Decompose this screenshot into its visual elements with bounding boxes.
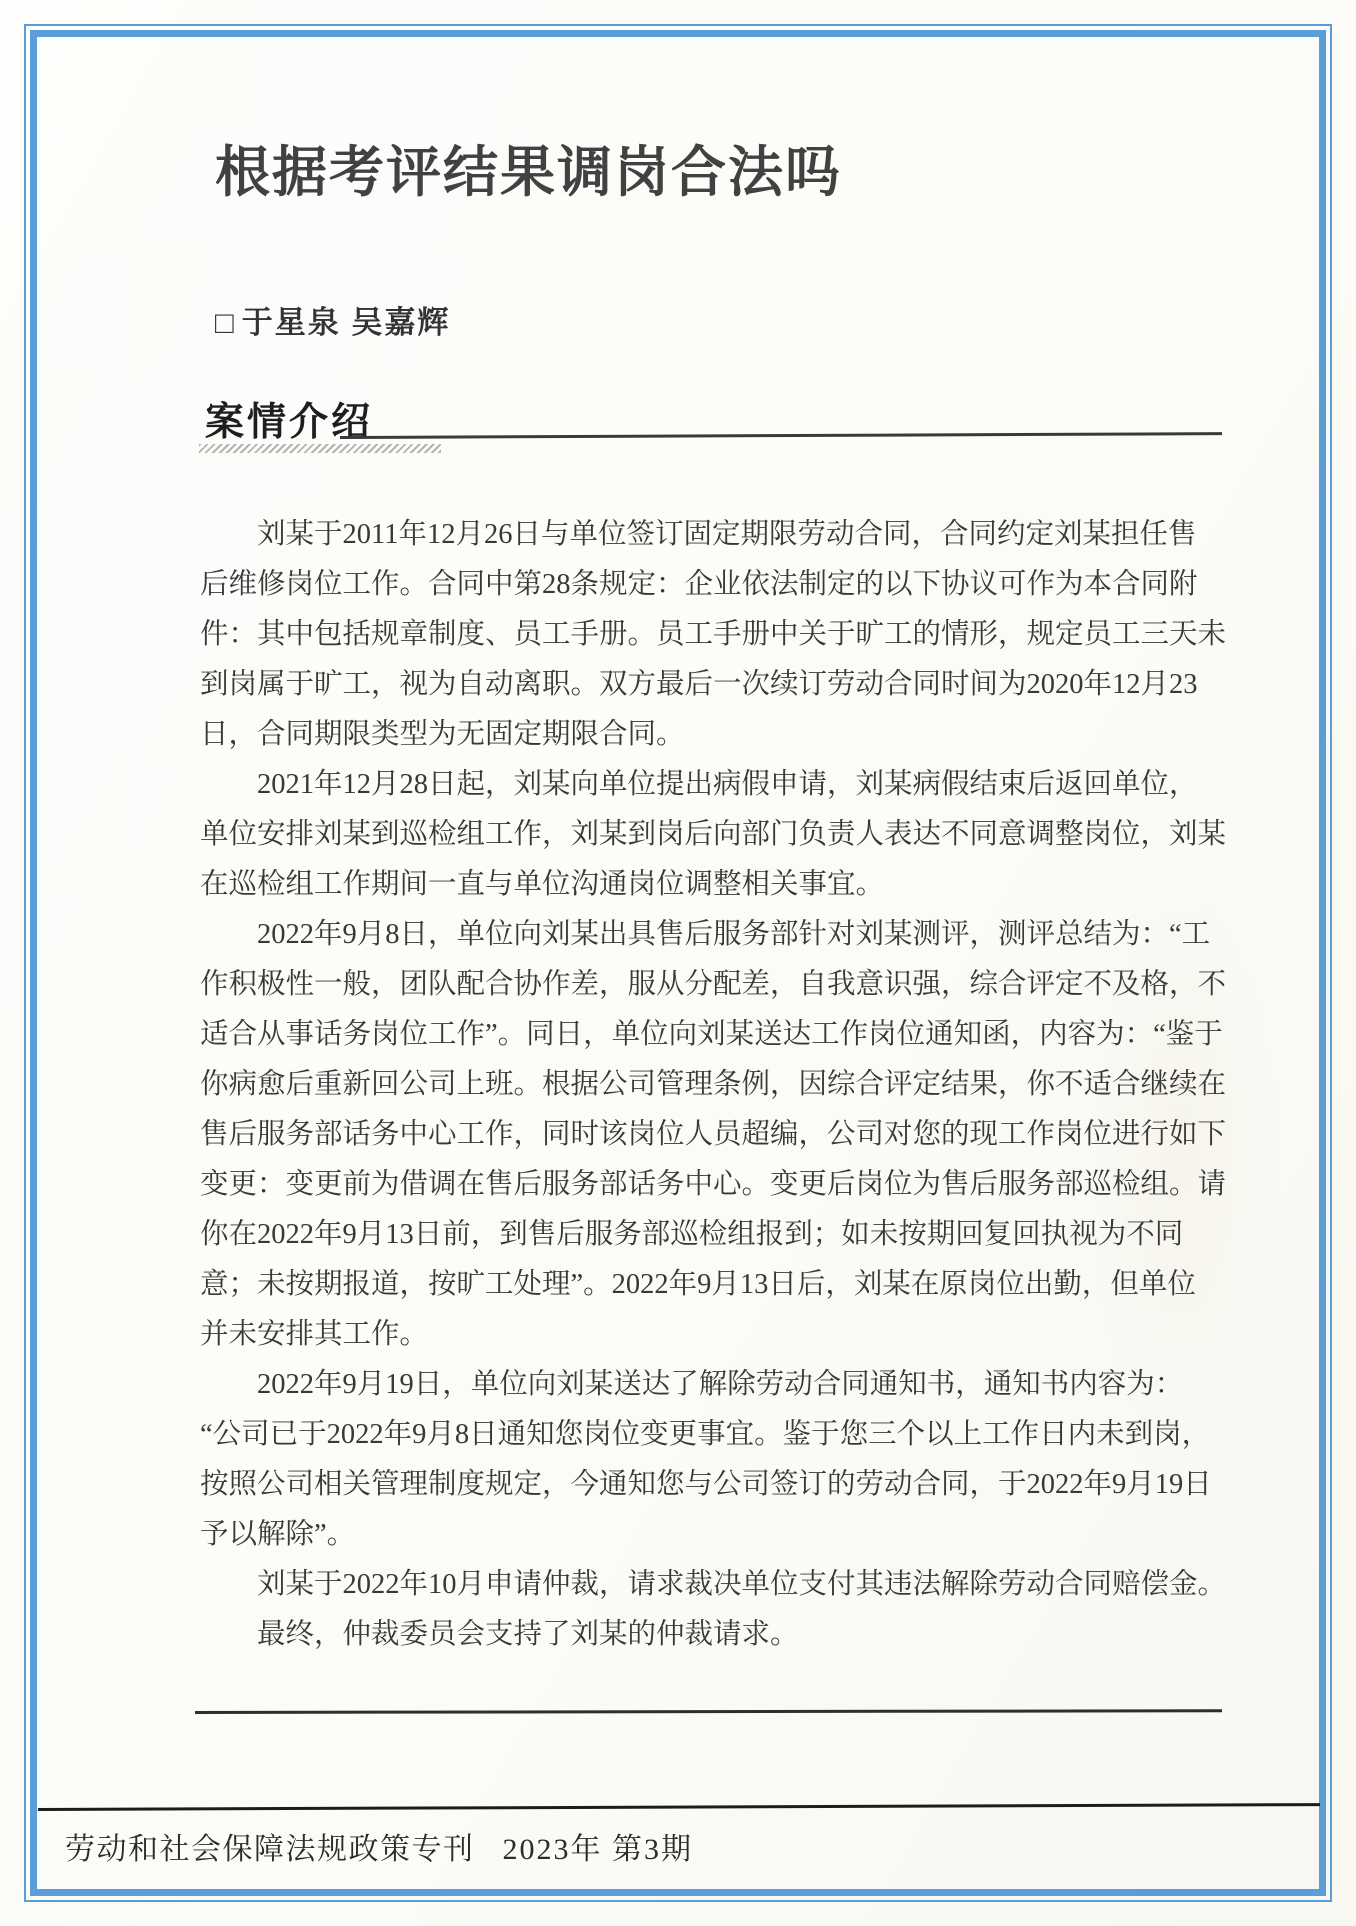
body-line-p3-l4: 你病愈后重新回公司上班。根据公司管理条例，因综合评定结果，你不适合继续在 — [200, 1060, 1147, 1110]
body-line-p1-l3: 件：其中包括规章制度、员工手册。员工手册中关于旷工的情形，规定员工三天未 — [200, 610, 1147, 660]
body-line-p3-l6: 变更：变更前为借调在售后服务部话务中心。变更后岗位为售后服务部巡检组。请 — [200, 1160, 1147, 1210]
body-line-p2-l1: 2021年12月28日起，刘某向单位提出病假申请，刘某病假结束后返回单位， — [200, 760, 1147, 810]
body-line-p2-l3: 在巡检组工作期间一直与单位沟通岗位调整相关事宜。 — [200, 860, 1147, 910]
footer-line: 劳动和社会保障法规政策专刊2023年 第3期 — [65, 1824, 693, 1868]
author-names: 于星泉 吴嘉辉 — [242, 305, 451, 340]
body-line-p1-l1: 刘某于2011年12月26日与单位签订固定期限劳动合同，合同约定刘某担任售 — [200, 510, 1147, 560]
body-line-p3-l5: 售后服务部话务中心工作，同时该岗位人员超编，公司对您的现工作岗位进行如下 — [200, 1110, 1147, 1160]
body-line-p4-l1: 2022年9月19日，单位向刘某送达了解除劳动合同通知书，通知书内容为： — [200, 1360, 1147, 1410]
footer-journal-name: 劳动和社会保障法规政策专刊 — [65, 1833, 475, 1866]
body-line-p2-l2: 单位安排刘某到巡检组工作，刘某到岗后向部门负责人表达不同意调整岗位，刘某 — [200, 810, 1147, 860]
article-body: 刘某于2011年12月26日与单位签订固定期限劳动合同，合同约定刘某担任售后维修… — [200, 510, 1147, 1660]
body-line-p3-l1: 2022年9月8日，单位向刘某出具售后服务部针对刘某测评，测评总结为：“工 — [200, 910, 1147, 960]
footer-issue: 2023年 第3期 — [503, 1833, 694, 1866]
body-line-p4-l3: 按照公司相关管理制度规定，今通知您与公司签订的劳动合同，于2022年9月19日 — [200, 1460, 1147, 1510]
body-line-p3-l9: 并未安排其工作。 — [200, 1310, 1147, 1360]
body-line-p4-l2: “公司已于2022年9月8日通知您岗位变更事宜。鉴于您三个以上工作日内未到岗， — [200, 1410, 1147, 1460]
body-line-p3-l2: 作积极性一般，团队配合协作差，服从分配差，自我意识强，综合评定不及格，不 — [200, 960, 1147, 1010]
author-line: □于星泉 吴嘉辉 — [215, 297, 450, 342]
article-title: 根据考评结果调岗合法吗 — [215, 128, 842, 207]
body-line-p4-l4: 予以解除”。 — [200, 1510, 1147, 1560]
body-line-p1-l4: 到岗属于旷工，视为自动离职。双方最后一次续订劳动合同时间为2020年12月23 — [200, 660, 1147, 710]
body-line-p1-l5: 日，合同期限类型为无固定期限合同。 — [200, 710, 1147, 760]
body-line-p3-l3: 适合从事话务岗位工作”。同日，单位向刘某送达工作岗位通知函，内容为：“鉴于 — [200, 1010, 1147, 1060]
body-line-p5-l1: 刘某于2022年10月申请仲裁，请求裁决单位支付其违法解除劳动合同赔偿金。 — [200, 1560, 1147, 1610]
body-line-p6-l1: 最终，仲裁委员会支持了刘某的仲裁请求。 — [200, 1610, 1147, 1660]
body-line-p3-l7: 你在2022年9月13日前，到售后服务部巡检组报到；如未按期回复回执视为不同 — [200, 1210, 1147, 1260]
author-box-icon: □ — [215, 305, 236, 340]
body-line-p1-l2: 后维修岗位工作。合同中第28条规定：企业依法制定的以下协议可作为本合同附 — [200, 560, 1147, 610]
section-header-hatch-underline — [199, 444, 441, 453]
body-line-p3-l8: 意；未按期报道，按旷工处理”。2022年9月13日后，刘某在原岗位出勤，但单位 — [200, 1260, 1147, 1310]
